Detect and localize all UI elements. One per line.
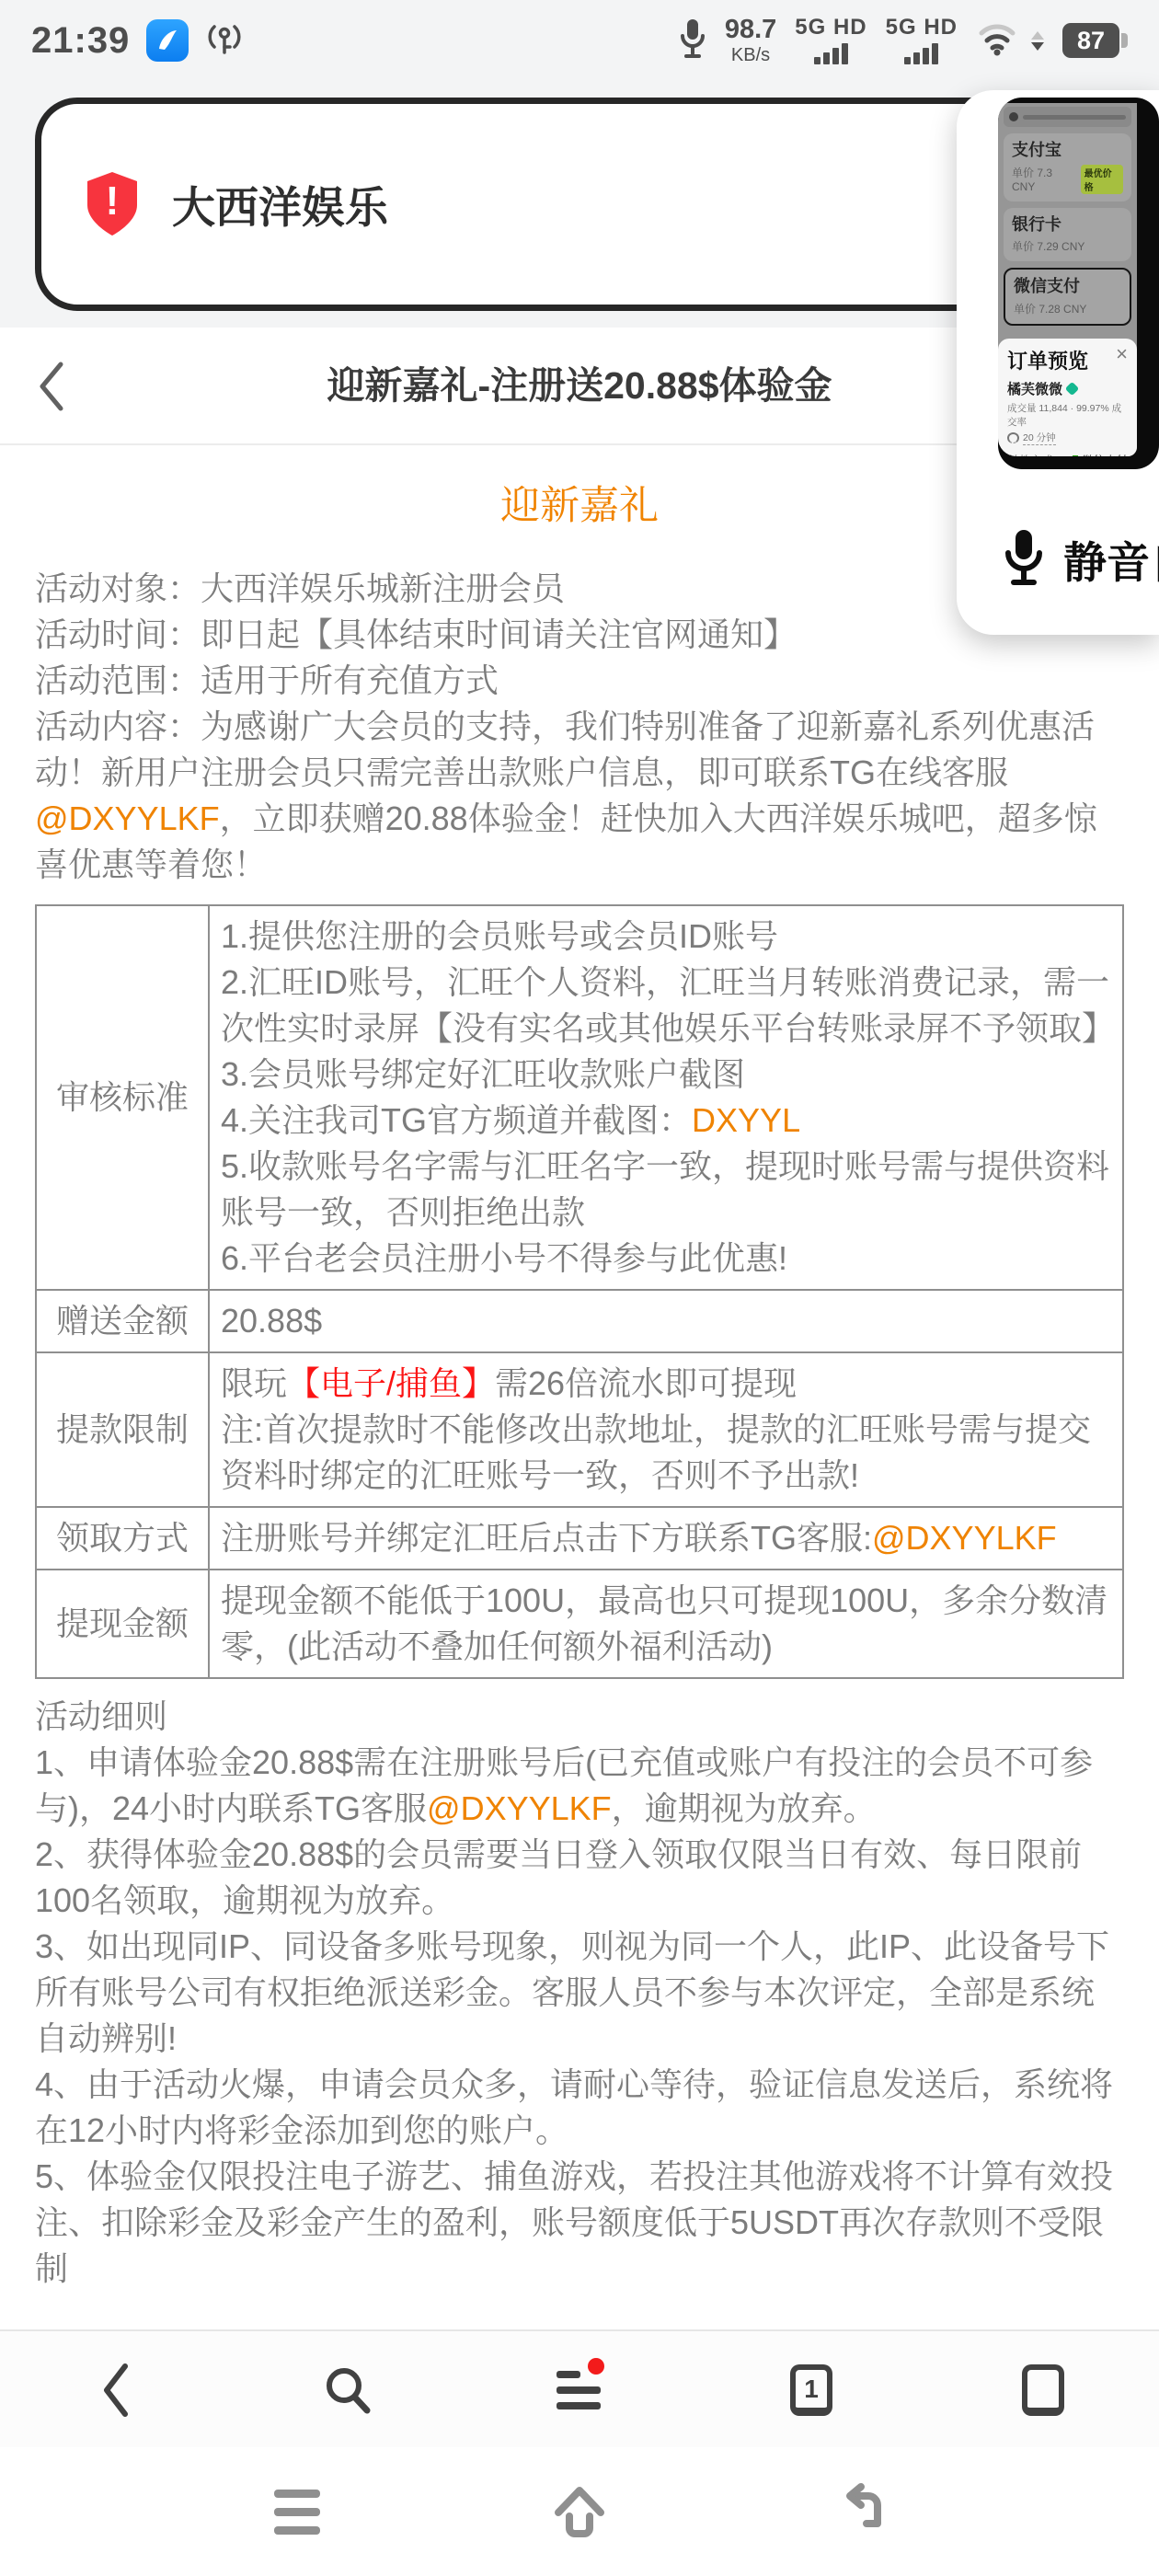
merchant-name: 橘芙微微 bbox=[1007, 379, 1062, 398]
intro-paragraph-2: 活动时间：即日起【具体结束时间请关注官网通知】 bbox=[35, 612, 1124, 658]
table-row-review: 审核标准 1.提供您注册的会员账号或会员ID账号 2.汇旺ID账号，汇旺个人资料… bbox=[36, 905, 1123, 1290]
back-button[interactable] bbox=[31, 359, 72, 414]
sheet-row-label: 付款方式 bbox=[1007, 452, 1053, 456]
row-label: 赠送金额 bbox=[36, 1290, 209, 1352]
pay-method-bankcard: 银行卡 单价 7.29 CNY bbox=[1004, 208, 1131, 262]
review-item: 4.关注我司TG官方频道并截图：DXYYL bbox=[221, 1098, 1111, 1144]
row-label: 领取方式 bbox=[36, 1507, 209, 1570]
screen-share-float-panel[interactable]: 支付宝 单价 7.3 CNY 最优价格 银行卡 单价 7.29 CNY 微信支付… bbox=[957, 90, 1159, 635]
menu-icon bbox=[557, 2371, 602, 2409]
pay-method-name: 微信支付 bbox=[1014, 277, 1121, 297]
sim2-label: 5G HD bbox=[886, 17, 958, 39]
search-query-text: 大西洋娱乐 bbox=[172, 174, 388, 236]
limit-text: 需26倍流水即可提现 bbox=[495, 1364, 797, 1402]
tg-service-link[interactable]: @DXYYLKF bbox=[427, 1789, 612, 1827]
tg-service-link[interactable]: @DXYYLKF bbox=[872, 1519, 1057, 1557]
promo-rules-table: 审核标准 1.提供您注册的会员账号或会员ID账号 2.汇旺ID账号，汇旺个人资料… bbox=[35, 904, 1124, 1679]
browser-menu-button[interactable] bbox=[464, 2331, 695, 2449]
verified-icon bbox=[1065, 382, 1080, 397]
rules-item-2: 2、获得体验金20.88$的会员需要当日登入领取仅限当日有效、每日限前100名领… bbox=[35, 1832, 1124, 1924]
sheet-row-value: 微信支付 bbox=[1082, 452, 1128, 456]
wechat-pay-icon bbox=[1073, 455, 1078, 457]
system-home-button[interactable] bbox=[439, 2481, 721, 2542]
tab-count: 1 bbox=[790, 2364, 832, 2416]
status-bar: 21:39 bbox=[0, 13, 1159, 68]
pay-method-name: 银行卡 bbox=[1012, 215, 1123, 236]
rules-item-3: 3、如出现同IP、同设备多账号现象，则视为同一个人，此IP、此设备号下所有账号公… bbox=[35, 1924, 1124, 2062]
phone-screen: 21:39 bbox=[0, 0, 1159, 2576]
data-arrows-icon bbox=[1031, 31, 1044, 51]
order-preview-sheet: 订单预览 × 橘芙微微 成交量 11,844 · 99.97% 成交率 20 分… bbox=[998, 339, 1137, 456]
browser-home-button[interactable] bbox=[927, 2331, 1159, 2449]
sim1-label: 5G HD bbox=[795, 17, 866, 39]
pay-method-price: 单价 7.29 CNY bbox=[1012, 238, 1084, 254]
review-item: 6.平台老会员注册小号不得参与此优惠! bbox=[221, 1236, 1111, 1282]
row-value: 注册账号并绑定汇旺后点击下方联系TG客服:@DXYYLKF bbox=[209, 1507, 1123, 1570]
network-speed: 98.7 KB/s bbox=[725, 17, 776, 64]
clock-icon bbox=[1007, 432, 1019, 443]
battery-percent: 87 bbox=[1062, 23, 1119, 58]
home-window-icon bbox=[1022, 2364, 1064, 2416]
clock-time: 21:39 bbox=[31, 20, 130, 62]
sim2-signal: 5G HD bbox=[886, 17, 958, 64]
rules-title: 活动细则 bbox=[35, 1694, 1124, 1740]
review-item: 3.会员账号绑定好汇旺收款账户截图 bbox=[221, 1052, 1111, 1098]
home-icon bbox=[549, 2481, 610, 2542]
tg-service-link[interactable]: @DXYYLKF bbox=[35, 799, 220, 837]
browser-toolbar: 1 bbox=[0, 2329, 1159, 2449]
pay-method-alipay: 支付宝 单价 7.3 CNY 最优价格 bbox=[1004, 133, 1131, 201]
wing-app-icon bbox=[146, 19, 189, 62]
shared-screen-content: 支付宝 单价 7.3 CNY 最优价格 银行卡 单价 7.29 CNY 微信支付… bbox=[998, 103, 1137, 456]
limit-line-1: 限玩【电子/捕鱼】需26倍流水即可提现 bbox=[221, 1361, 1111, 1407]
rules-item-4: 4、由于活动火爆，申请会员众多，请耐心等待，验证信息发送后，系统将在12小时内将… bbox=[35, 2062, 1124, 2154]
table-row-bonus: 赠送金额 20.88$ bbox=[36, 1290, 1123, 1352]
table-row-claim: 领取方式 注册账号并绑定汇旺后点击下方联系TG客服:@DXYYLKF bbox=[36, 1507, 1123, 1570]
signal-bars-icon bbox=[814, 42, 848, 64]
row-value: 20.88$ bbox=[209, 1290, 1123, 1352]
system-navigation-bar bbox=[0, 2447, 1159, 2576]
mic-icon bbox=[1003, 527, 1045, 592]
close-icon: × bbox=[1116, 342, 1128, 366]
row-label: 提现金额 bbox=[36, 1570, 209, 1678]
security-warning-shield-icon: ! bbox=[82, 169, 143, 239]
browser-back-button[interactable] bbox=[0, 2331, 232, 2449]
recents-icon bbox=[274, 2490, 320, 2535]
mute-self-label: 静音自己 bbox=[1063, 529, 1159, 591]
row-label: 提款限制 bbox=[36, 1352, 209, 1507]
row-label: 审核标准 bbox=[36, 905, 209, 1290]
tg-channel-link[interactable]: DXYYL bbox=[692, 1101, 800, 1139]
table-row-withdraw-amount: 提现金额 提现金额不能低于100U，最高也只可提现100U，多余分数清零，(此活… bbox=[36, 1570, 1123, 1678]
notification-dot bbox=[588, 2358, 604, 2375]
mute-self-button[interactable]: 静音自己 bbox=[1003, 527, 1159, 592]
review-item: 2.汇旺ID账号，汇旺个人资料，汇旺当月转账消费记录，需一次性实时录屏【没有实名… bbox=[221, 960, 1111, 1052]
address-search-box[interactable]: ! 大西洋娱乐 bbox=[35, 98, 1056, 311]
merchant-stats: 成交量 11,844 · 99.97% 成交率 bbox=[1007, 401, 1128, 429]
table-row-withdraw-limit: 提款限制 限玩【电子/捕鱼】需26倍流水即可提现 注:首次提款时不能修改出款地址… bbox=[36, 1352, 1123, 1507]
wifi-icon bbox=[976, 20, 1018, 62]
review-item: 1.提供您注册的会员账号或会员ID账号 bbox=[221, 914, 1111, 960]
mic-status-icon bbox=[679, 17, 706, 64]
back-return-icon bbox=[832, 2481, 892, 2542]
pay-method-name: 支付宝 bbox=[1012, 141, 1123, 161]
network-speed-value: 98.7 bbox=[725, 17, 776, 43]
rules-item-5: 5、体验金仅限投注电子游艺、捕鱼游戏，若投注其他游戏将不计算有效投注、扣除彩金及… bbox=[35, 2154, 1124, 2292]
intro-paragraph-4: 活动内容：为感谢广大会员的支持，我们特别准备了迎新嘉礼系列优惠活动！新用户注册会… bbox=[35, 704, 1124, 888]
limit-line-2: 注:首次提款时不能修改出款地址，提款的汇旺账号需与提交资料时绑定的汇旺账号一致，… bbox=[221, 1407, 1111, 1499]
claim-text: 注册账号并绑定汇旺后点击下方联系TG客服: bbox=[221, 1519, 872, 1557]
best-price-badge: 最优价格 bbox=[1081, 165, 1123, 194]
limit-text: 限玩 bbox=[221, 1364, 287, 1402]
browser-search-button[interactable] bbox=[232, 2331, 464, 2449]
pay-method-price: 单价 7.28 CNY bbox=[1014, 301, 1086, 316]
mini-topbar bbox=[1004, 107, 1131, 127]
browser-tabs-button[interactable]: 1 bbox=[695, 2331, 927, 2449]
battery-indicator: 87 bbox=[1062, 23, 1128, 58]
intro-text: 活动内容：为感谢广大会员的支持，我们特别准备了迎新嘉礼系列优惠活动！新用户注册会… bbox=[35, 707, 1095, 791]
signal-bars-icon bbox=[904, 42, 938, 64]
order-preview-title: 订单预览 bbox=[1007, 346, 1128, 374]
alert-exclamation: ! bbox=[82, 178, 143, 224]
hotspot-icon bbox=[205, 17, 244, 64]
row-value: 提现金额不能低于100U，最高也只可提现100U，多余分数清零，(此活动不叠加任… bbox=[209, 1570, 1123, 1678]
limit-red-text: 【电子/捕鱼】 bbox=[287, 1364, 495, 1402]
page-content: 迎新嘉礼 活动对象：大西洋娱乐城新注册会员 活动时间：即日起【具体结束时间请关注… bbox=[0, 445, 1159, 2576]
system-back-button[interactable] bbox=[720, 2481, 1003, 2542]
pay-method-wechat: 微信支付 单价 7.28 CNY bbox=[1004, 268, 1131, 326]
activity-rules: 活动细则 1、申请体验金20.88$需在注册账号后(已充值或账户有投注的会员不可… bbox=[35, 1694, 1124, 2292]
review-text: 4.关注我司TG官方频道并截图： bbox=[221, 1101, 692, 1139]
rules-item-1: 1、申请体验金20.88$需在注册账号后(已充值或账户有投注的会员不可参与)，2… bbox=[35, 1740, 1124, 1832]
network-speed-unit: KB/s bbox=[731, 46, 770, 64]
row-value: 1.提供您注册的会员账号或会员ID账号 2.汇旺ID账号，汇旺个人资料，汇旺当月… bbox=[209, 905, 1123, 1290]
shared-screen-preview: 支付宝 单价 7.3 CNY 最优价格 银行卡 单价 7.29 CNY 微信支付… bbox=[998, 98, 1159, 469]
row-value: 限玩【电子/捕鱼】需26倍流水即可提现 注:首次提款时不能修改出款地址，提款的汇… bbox=[209, 1352, 1123, 1507]
intro-paragraph-3: 活动范围：适用于所有充值方式 bbox=[35, 658, 1124, 704]
pay-duration: 20 分钟 bbox=[1023, 431, 1056, 445]
pay-method-price: 单价 7.3 CNY bbox=[1012, 165, 1076, 193]
review-item: 5.收款账号名字需与汇旺名字一致，提现时账号需与提供资料账号一致，否则拒绝出款 bbox=[221, 1144, 1111, 1236]
sim1-signal: 5G HD bbox=[795, 17, 866, 64]
system-recents-button[interactable] bbox=[156, 2490, 439, 2535]
rules-text: ，逾期视为放弃。 bbox=[612, 1789, 877, 1827]
